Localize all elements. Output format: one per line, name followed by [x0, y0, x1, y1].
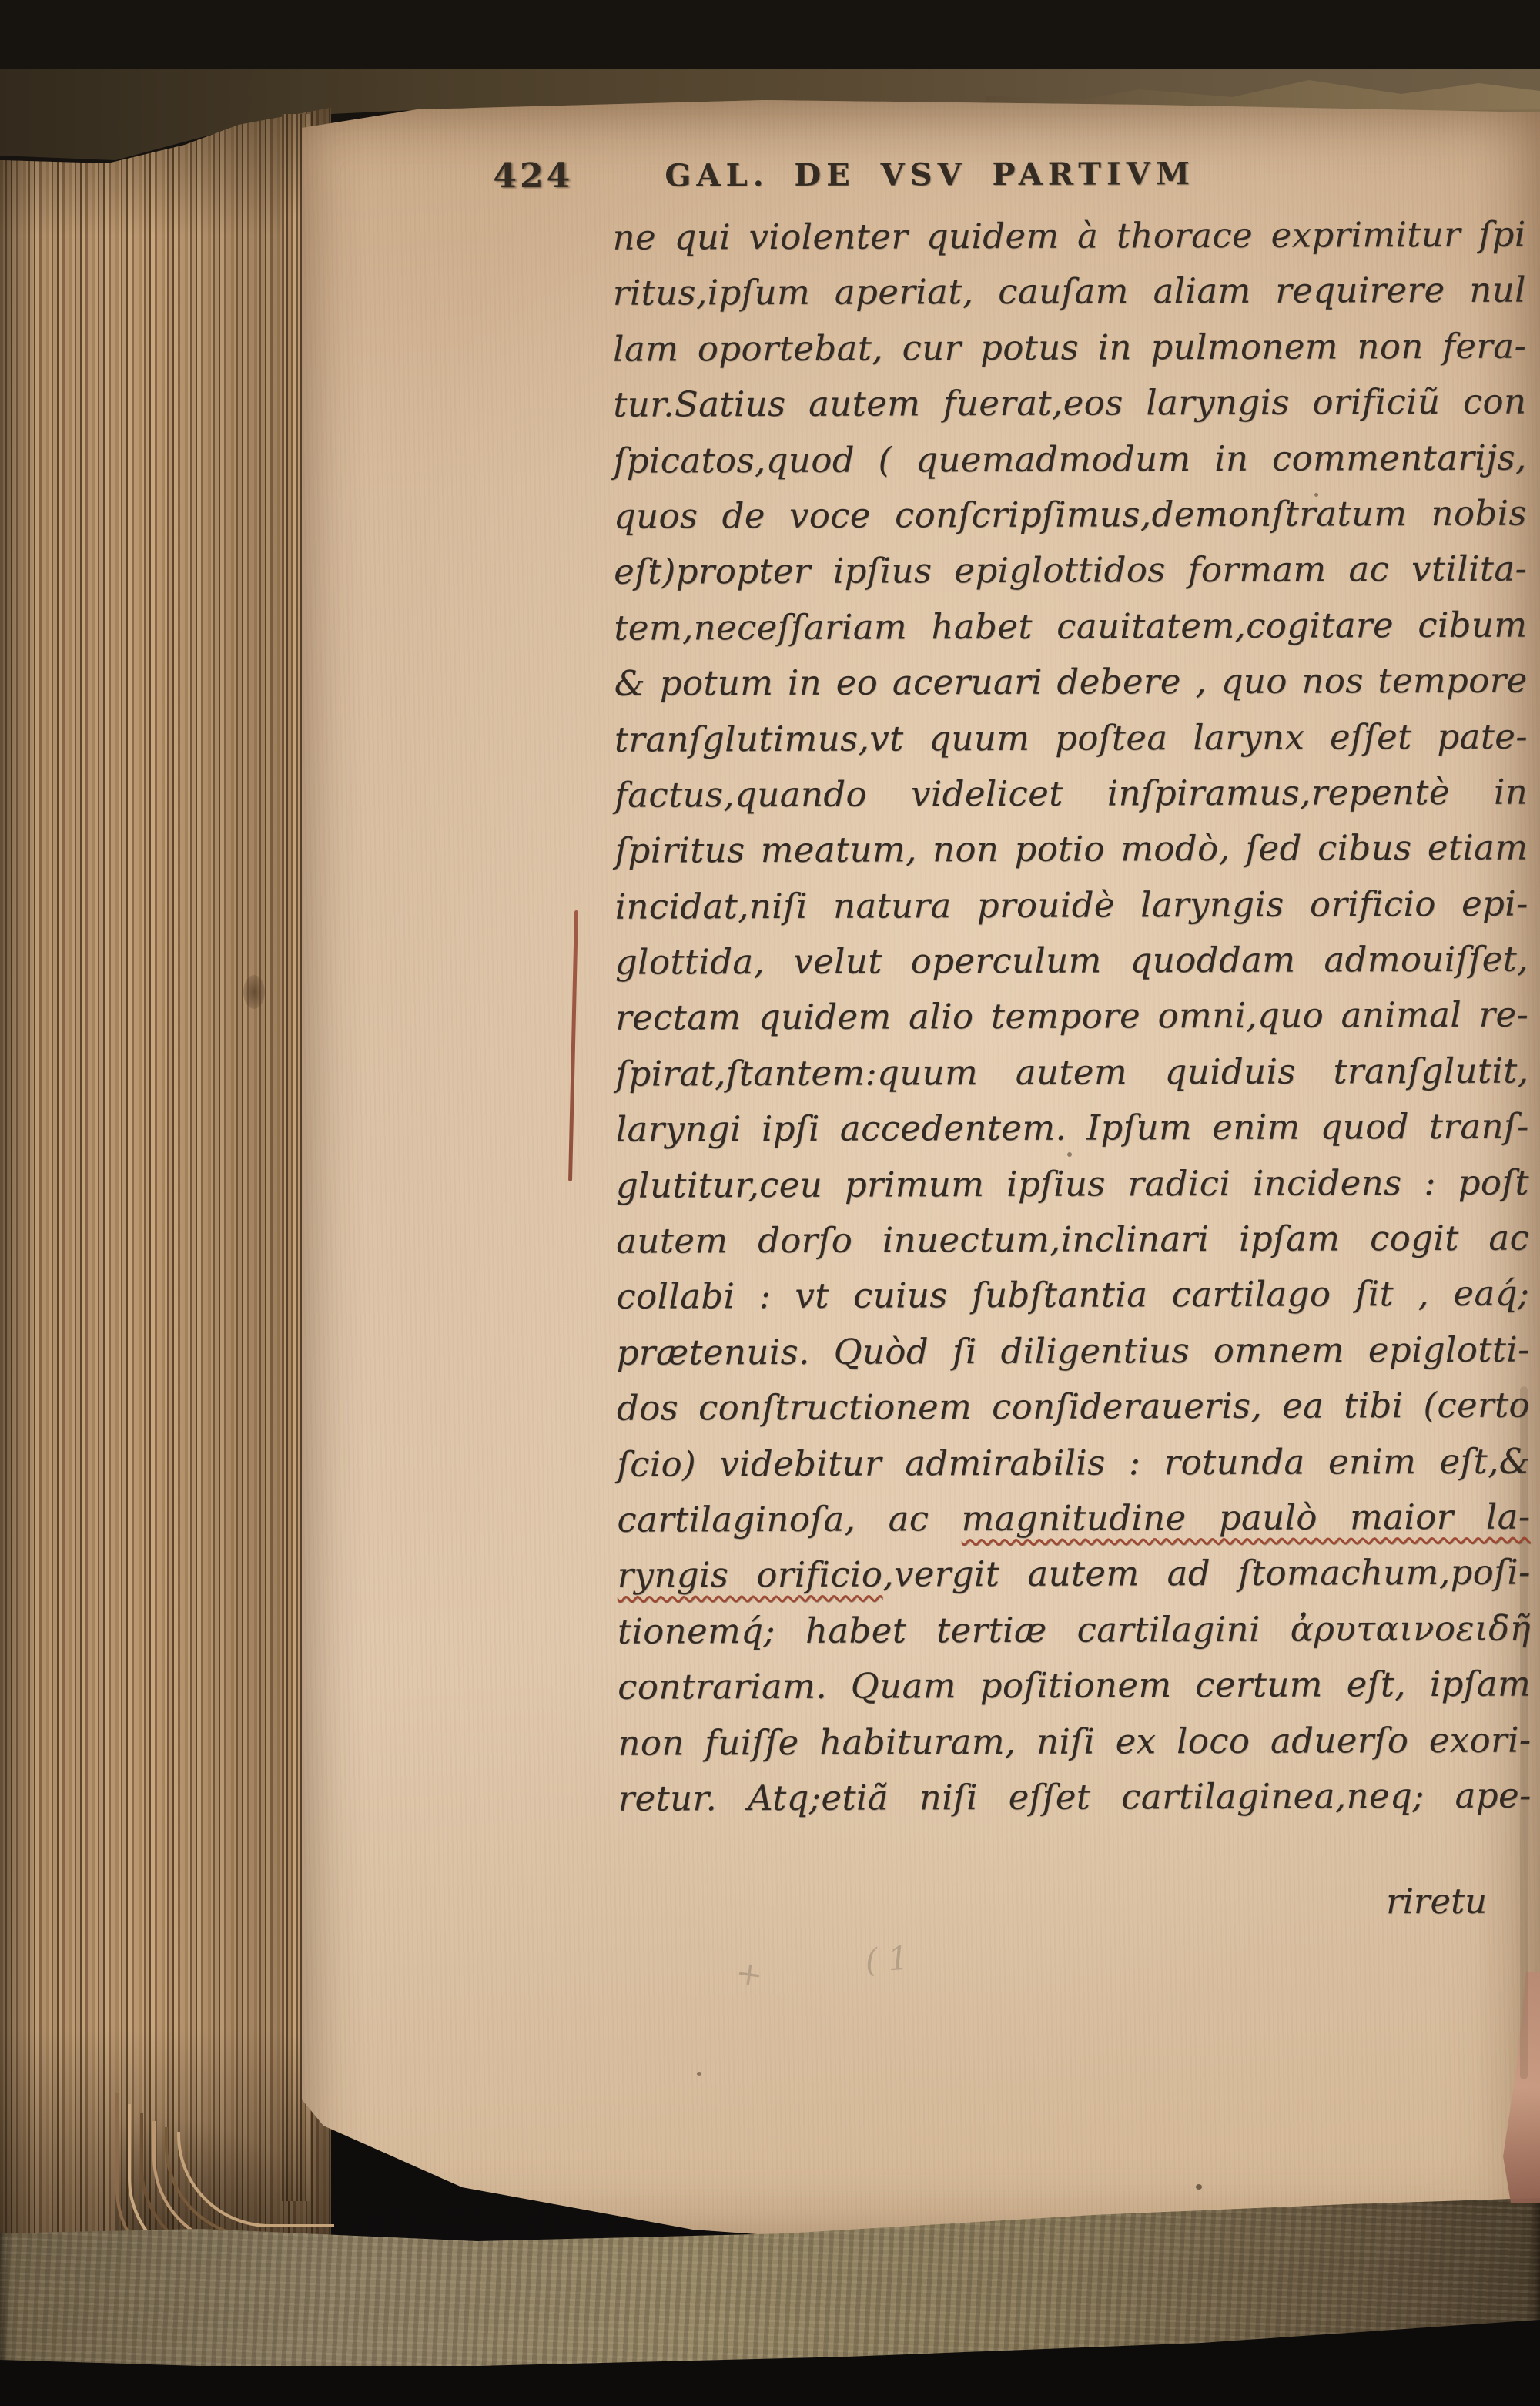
text-line: rectam quidem alio tempore omni,quo anim… — [615, 987, 1528, 1047]
text-line-segment: laryngi ipſi accedentem. Ipſum enim quod… — [616, 1106, 1529, 1150]
red-underlined-text: ryngis orificio — [618, 1554, 883, 1596]
book-photograph: 424 GAL. DE VSV PARTIVM ne qui violenter… — [0, 0, 1540, 2406]
text-line: quos de voce conſcripſimus,demonſtratum … — [614, 486, 1527, 545]
text-line-segment: tionemq́; habet tertiæ cartilagini ἀρυτα… — [618, 1607, 1531, 1651]
text-line-segment: ne qui violenter quidem à thorace exprim… — [613, 214, 1526, 258]
text-line: ne qui violenter quidem à thorace exprim… — [612, 207, 1525, 266]
text-line: tionemq́; habet tertiæ cartilagini ἀρυτα… — [618, 1600, 1531, 1660]
text-line-segment: & potum in eo aceruari debere , quo nos … — [614, 660, 1528, 704]
text-line: glutitur,ceu primum ipſius radici incide… — [616, 1154, 1529, 1214]
text-line-segment: tem,neceſſariam habet cauitatem,cogitare… — [614, 604, 1527, 648]
text-line-segment: ſcio) videbitur admirabilis : rotunda en… — [617, 1440, 1530, 1484]
text-line-segment: tranſglutimus,vt quum poſtea larynx eſſe… — [614, 715, 1528, 759]
text-line: & potum in eo aceruari debere , quo nos … — [614, 653, 1528, 712]
text-line-segment: ſpicatos,quod ( quemadmodum in commentar… — [614, 437, 1527, 481]
text-line-segment: ſpirat,ſtantem:quum autem quiduis tranſg… — [615, 1050, 1528, 1094]
catchword-row: riretu — [618, 1881, 1532, 1925]
printed-text-layer: 424 GAL. DE VSV PARTIVM ne qui violenter… — [0, 0, 1540, 2406]
catchword: riretu — [1386, 1881, 1487, 1922]
text-line: contrariam. Quam poſitionem certum eſt, … — [618, 1657, 1531, 1716]
text-line: factus,quando videlicet inſpiramus,repen… — [614, 764, 1528, 823]
running-title: GAL. DE VSV PARTIVM — [665, 156, 1195, 193]
text-line: non fuiſſe habituram, niſi ex loco aduer… — [618, 1712, 1531, 1771]
text-line: cartilaginoſa, ac magnitudine paulò maio… — [617, 1490, 1530, 1549]
ink-speck — [697, 2072, 701, 2076]
text-line-segment: factus,quando videlicet inſpiramus,repen… — [614, 771, 1528, 815]
text-line: eſt)propter ipſius epiglottidos formam a… — [614, 541, 1527, 601]
text-line-segment: non fuiſſe habituram, niſi ex loco aduer… — [618, 1719, 1531, 1763]
text-line-segment: ,vergit autem ad ſtomachum,poſi- — [882, 1552, 1531, 1595]
text-line: retur. Atq;etiã niſi eſſet cartilaginea,… — [618, 1768, 1532, 1827]
text-line: tranſglutimus,vt quum poſtea larynx eſſe… — [614, 709, 1528, 768]
ink-speck — [1314, 493, 1318, 497]
text-line-segment: glottida, velut operculum quoddam admoui… — [615, 939, 1528, 983]
text-line-segment: tur.Satius autem fuerat,eos laryngis ori… — [613, 381, 1526, 425]
text-line: lam oportebat, cur potus in pulmonem non… — [613, 318, 1526, 377]
text-line: collabi : vt cuius ſubſtantia cartilago … — [616, 1266, 1529, 1325]
page-number: 424 — [493, 156, 573, 196]
text-line: ſpicatos,quod ( quemadmodum in commentar… — [614, 430, 1527, 489]
text-line-segment: retur. Atq;etiã niſi eſſet cartilaginea,… — [618, 1774, 1532, 1818]
body-text-block: ne qui violenter quidem à thorace exprim… — [612, 207, 1531, 1827]
text-line: incidat,niſi natura prouidè laryngis ori… — [615, 876, 1528, 935]
text-line-segment: contrariam. Quam poſitionem certum eſt, … — [618, 1664, 1531, 1707]
ink-speck — [1067, 1152, 1072, 1157]
text-line-segment: lam oportebat, cur potus in pulmonem non… — [613, 325, 1526, 369]
text-line-segment: eſt)propter ipſius epiglottidos formam a… — [614, 548, 1527, 592]
text-line: ſpirat,ſtantem:quum autem quiduis tranſg… — [615, 1043, 1528, 1102]
text-line: ritus,ipſum aperiat, cauſam aliam requir… — [613, 263, 1526, 322]
showthrough-mark: + — [733, 1953, 765, 1994]
text-line: ſcio) videbitur admirabilis : rotunda en… — [617, 1433, 1530, 1493]
text-line-segment: incidat,niſi natura prouidè laryngis ori… — [615, 883, 1528, 927]
text-line-segment: autem dorſo inuectum,inclinari ipſam cog… — [616, 1218, 1529, 1262]
text-line: laryngi ipſi accedentem. Ipſum enim quod… — [616, 1099, 1529, 1158]
text-line: dos conſtructionem conſideraueris, ea ti… — [617, 1378, 1530, 1437]
text-line: tem,neceſſariam habet cauitatem,cogitare… — [614, 597, 1527, 656]
text-line-segment: glutitur,ceu primum ipſius radici incide… — [616, 1161, 1529, 1205]
text-line-segment: collabi : vt cuius ſubſtantia cartilago … — [616, 1273, 1529, 1317]
text-line: ſpiritus meatum, non potio modò, ſed cib… — [614, 820, 1528, 880]
running-header: 424 GAL. DE VSV PARTIVM — [0, 149, 1536, 208]
text-line: glottida, velut operculum quoddam admoui… — [615, 932, 1528, 991]
ink-speck — [1196, 2184, 1202, 2190]
text-line-segment: ſpiritus meatum, non potio modò, ſed cib… — [614, 827, 1528, 871]
red-underlined-text: magnitudine paulò maior la- — [962, 1496, 1531, 1540]
text-line: autem dorſo inuectum,inclinari ipſam cog… — [616, 1211, 1529, 1270]
text-line: tur.Satius autem fuerat,eos laryngis ori… — [613, 374, 1526, 434]
text-line: ryngis orificio,vergit autem ad ſtomachu… — [618, 1545, 1531, 1604]
text-line-segment: quos de voce conſcripſimus,demonſtratum … — [614, 493, 1527, 537]
text-line-segment: rectam quidem alio tempore omni,quo anim… — [615, 994, 1528, 1038]
text-line-segment: prætenuis. Quòd ſi diligentius omnem epi… — [617, 1329, 1530, 1372]
showthrough-mark: ( 1 — [864, 1939, 910, 1979]
text-line-segment: ritus,ipſum aperiat, cauſam aliam requir… — [613, 270, 1526, 313]
text-line-segment: cartilaginoſa, ac — [617, 1498, 961, 1540]
text-line-segment: dos conſtructionem conſideraueris, ea ti… — [617, 1385, 1530, 1429]
text-line: prætenuis. Quòd ſi diligentius omnem epi… — [617, 1322, 1530, 1381]
